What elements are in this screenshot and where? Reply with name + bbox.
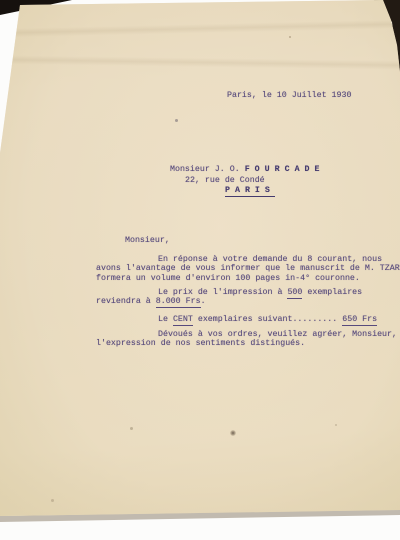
paper-speck xyxy=(51,499,54,502)
scanned-letter-page: Paris, le 10 Juillet 1930 Monsieur J. O.… xyxy=(0,0,400,540)
price-sentence-suffix: exemplaires xyxy=(302,288,362,297)
date-line: Paris, le 10 Juillet 1930 xyxy=(227,91,351,100)
salutation: Monsieur, xyxy=(125,236,170,245)
paper-crease xyxy=(0,55,400,70)
paper-speck xyxy=(130,427,133,430)
closing-line1: Dévoués à vos ordres, veuillez agréer, M… xyxy=(158,330,397,339)
body-paragraph2-line1: Le prix de l'impression à 500 exemplaire… xyxy=(158,288,362,297)
cent-word: CENT xyxy=(173,315,193,326)
body-paragraph1-line1: En réponse à votre demande du 8 courant,… xyxy=(158,255,382,264)
paper-speck xyxy=(175,119,178,122)
body-paragraph2-line2: reviendra à 8.000 Frs. xyxy=(96,297,206,306)
total-price: 8.000 Frs xyxy=(156,297,201,308)
recipient-street-line: 22, rue de Condé xyxy=(185,176,265,185)
letter-paper: Paris, le 10 Juillet 1930 Monsieur J. O.… xyxy=(0,0,400,540)
body-paragraph1-line3: formera un volume d'environ 100 pages in… xyxy=(96,274,360,283)
print-run-quantity: 500 xyxy=(287,288,302,299)
paper-speck xyxy=(335,424,337,426)
per-hundred-price: 650 Frs xyxy=(342,315,377,326)
paper-crease xyxy=(0,19,400,38)
paper-speck xyxy=(230,430,236,436)
paper-speck xyxy=(289,36,291,38)
cent-line-middle: exemplaires suivant......... xyxy=(193,315,342,324)
recipient-city-line: PARIS xyxy=(225,186,275,195)
price-line-prefix: reviendra à xyxy=(96,297,156,306)
recipient-prefix: Monsieur J. O. xyxy=(170,165,245,174)
body-paragraph1-line2: avons l'avantage de vous informer que le… xyxy=(96,264,400,273)
recipient-city: PARIS xyxy=(225,186,275,197)
recipient-name-line: Monsieur J. O. FOURCADE xyxy=(170,165,325,174)
cent-line-prefix: Le xyxy=(158,315,173,324)
price-sentence-prefix: Le prix de l'impression à xyxy=(158,288,287,297)
body-paragraph3-line: Le CENT exemplaires suivant......... 650… xyxy=(158,315,377,324)
price-line-suffix: . xyxy=(201,297,206,306)
closing-line2: l'expression de nos sentiments distingué… xyxy=(96,339,305,348)
recipient-name: FOURCADE xyxy=(245,165,325,174)
